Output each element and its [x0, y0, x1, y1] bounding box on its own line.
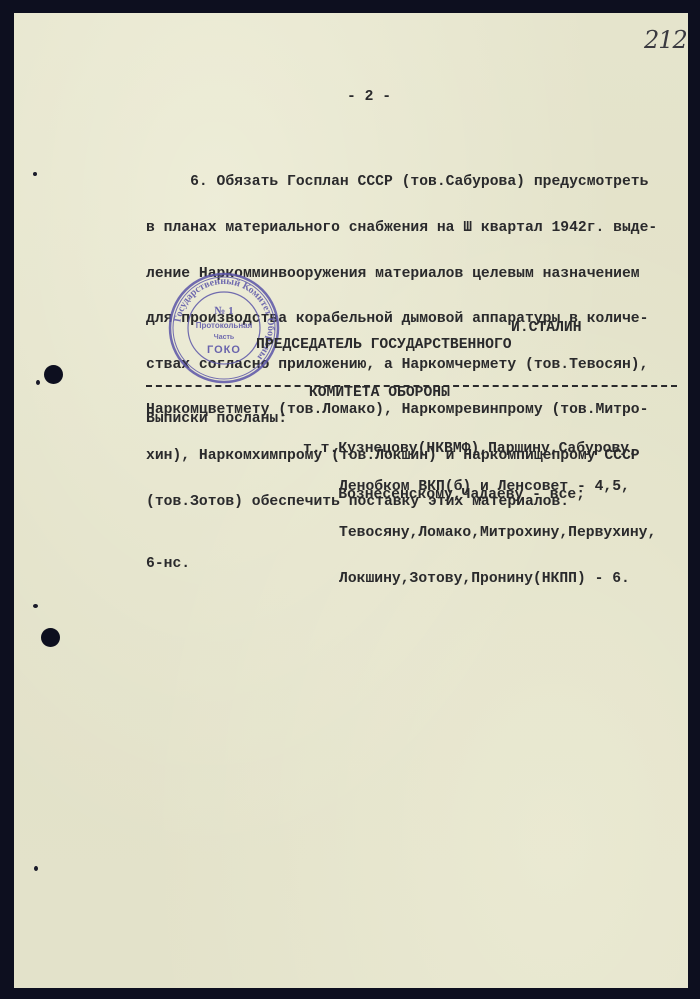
signature-title-line2: КОМИТЕТА ОБОРОНЫ	[256, 385, 512, 401]
distribution-label: Выписки посланы:	[146, 412, 287, 427]
paragraph-line: 6. Обязать Госплан СССР (тов.Сабурова) п…	[146, 175, 657, 190]
paper-speck	[33, 172, 37, 176]
stamp-abbr: ГОКО	[207, 344, 241, 356]
distribution-line: Локшину,Зотову,Пронину(НКПП) - 6.	[339, 572, 656, 587]
paper-speck	[36, 380, 40, 385]
distribution-line: Тевосяну,Ломако,Митрохину,Первухину,	[339, 526, 656, 541]
distribution-list-secondary: Ленобком ВКП(б) и Ленсовет - 4,5, Тевося…	[339, 450, 656, 602]
separator-rule	[146, 385, 677, 387]
signature-title-line1: ПРЕДСЕДАТЕЛЬ ГОСУДАРСТВЕННОГО	[256, 337, 512, 353]
paragraph-line: в планах материального снабжения на Ш кв…	[146, 221, 657, 236]
distribution-line: Ленобком ВКП(б) и Ленсовет - 4,5,	[339, 480, 656, 495]
punch-hole	[41, 628, 60, 647]
stamp-line2: Протокольная	[196, 321, 253, 330]
stamp-line3: Часть	[214, 334, 235, 341]
signature-title: ПРЕДСЕДАТЕЛЬ ГОСУДАРСТВЕННОГО КОМИТЕТА О…	[256, 305, 512, 417]
typist-reference: 6-нс.	[146, 557, 190, 572]
archive-page-number: 212	[644, 26, 687, 54]
paper-speck	[34, 866, 38, 871]
page-number: - 2 -	[347, 90, 391, 105]
signatory-name: И.СТАЛИН	[511, 321, 582, 336]
paper-speck	[33, 604, 38, 608]
stamp-number: № 1	[214, 305, 233, 317]
punch-hole	[44, 365, 63, 384]
